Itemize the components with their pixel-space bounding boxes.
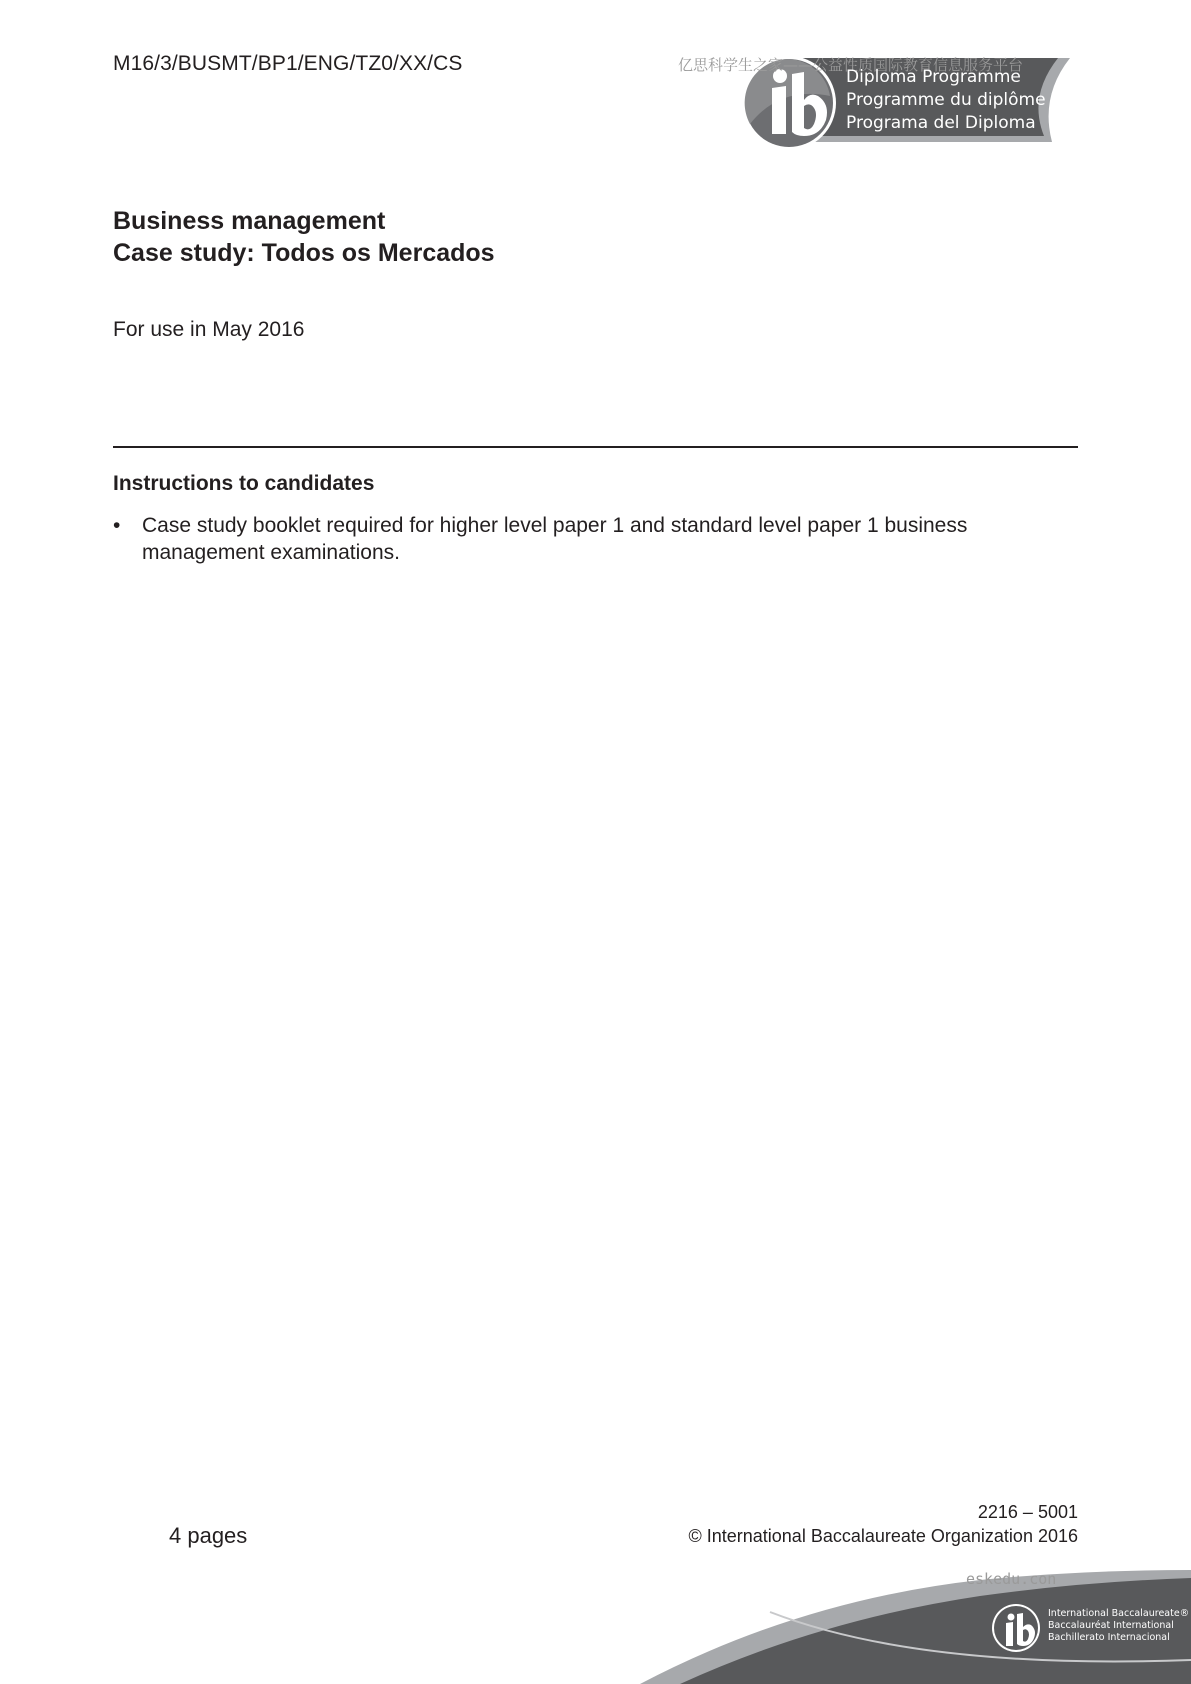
logo-line-fr: Programme du diplôme bbox=[846, 89, 1046, 112]
instruction-text: Case study booklet required for higher l… bbox=[142, 512, 1072, 566]
subject-title: Business management bbox=[113, 205, 495, 237]
usage-note: For use in May 2016 bbox=[113, 318, 304, 342]
instructions-heading: Instructions to candidates bbox=[113, 472, 374, 496]
document-number: 2216 – 5001 bbox=[978, 1502, 1078, 1523]
document-title: Business management Case study: Todos os… bbox=[113, 205, 495, 269]
document-code: M16/3/BUSMT/BP1/ENG/TZ0/XX/CS bbox=[113, 52, 463, 76]
bullet-icon: • bbox=[113, 512, 120, 539]
copyright-notice: © International Baccalaureate Organizati… bbox=[688, 1526, 1078, 1547]
logo-line-en: Diploma Programme bbox=[846, 66, 1046, 89]
footer-logo-names: International Baccalaureate® Baccalauréa… bbox=[1048, 1608, 1189, 1644]
page-count: 4 pages bbox=[169, 1523, 247, 1549]
divider bbox=[113, 446, 1078, 448]
logo-programme-names: Diploma Programme Programme du diplôme P… bbox=[846, 66, 1046, 135]
case-study-title: Case study: Todos os Mercados bbox=[113, 237, 495, 269]
footer-logo-line-es: Bachillerato Internacional bbox=[1048, 1632, 1189, 1644]
footer-logo-line-fr: Baccalauréat International bbox=[1048, 1620, 1189, 1632]
logo-line-es: Programa del Diploma bbox=[846, 112, 1046, 135]
footer-watermark: eskedu.con bbox=[966, 1570, 1056, 1588]
footer-logo-line-en: International Baccalaureate® bbox=[1048, 1608, 1189, 1620]
